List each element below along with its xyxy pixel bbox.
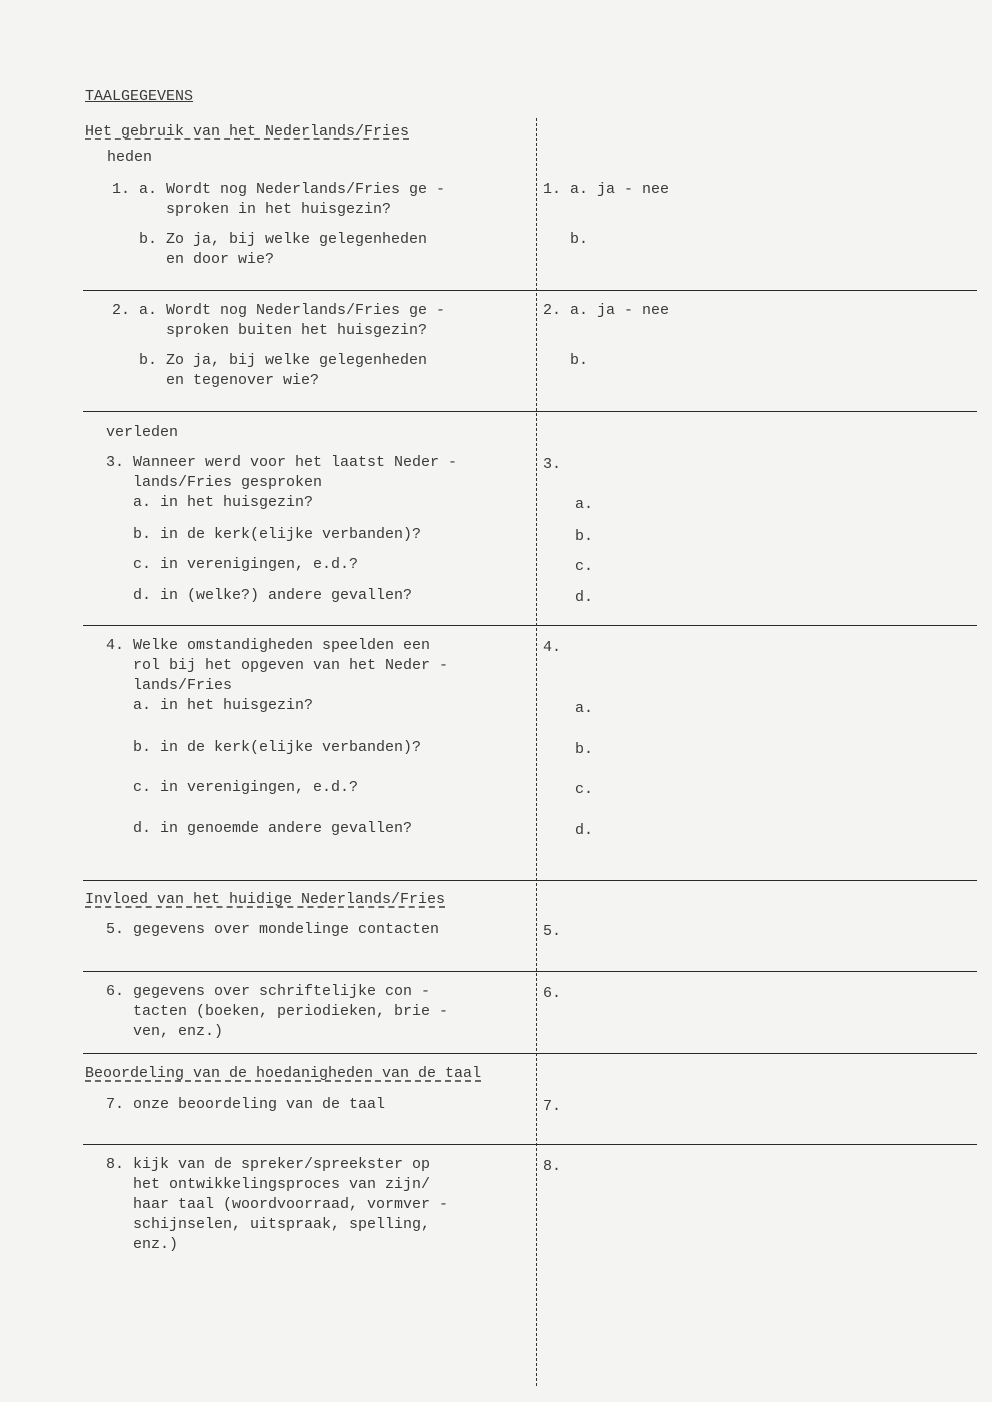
answer-4: 4. — [543, 638, 561, 658]
answer-1a[interactable]: 1. a. ja - nee — [543, 180, 669, 200]
question-4c: c. in verenigingen, e.d.? — [106, 778, 358, 798]
question-1a: 1. a. Wordt nog Nederlands/Fries ge - sp… — [112, 180, 445, 220]
answer-4b[interactable]: b. — [575, 740, 593, 760]
page-title: TAALGEGEVENS — [85, 87, 193, 107]
question-3c: c. in verenigingen, e.d.? — [106, 555, 358, 575]
answer-5[interactable]: 5. — [543, 922, 561, 942]
question-4b: b. in de kerk(elijke verbanden)? — [106, 738, 421, 758]
answer-3d[interactable]: d. — [575, 588, 593, 608]
question-6: 6. gegevens over schriftelijke con - tac… — [106, 982, 448, 1042]
answer-2b[interactable]: b. — [543, 351, 588, 371]
subheading-verleden: verleden — [106, 423, 178, 443]
question-2a: 2. a. Wordt nog Nederlands/Fries ge - sp… — [112, 301, 445, 341]
question-2b: b. Zo ja, bij welke gelegenheden en tege… — [112, 351, 427, 391]
row-divider — [83, 1144, 977, 1145]
row-divider — [83, 1053, 977, 1054]
question-4d: d. in genoemde andere gevallen? — [106, 819, 412, 839]
questionnaire-page: TAALGEGEVENS Het gebruik van het Nederla… — [0, 0, 992, 1402]
answer-8[interactable]: 8. — [543, 1157, 561, 1177]
column-divider — [536, 118, 537, 1386]
answer-1b[interactable]: b. — [543, 230, 588, 250]
answer-2a[interactable]: 2. a. ja - nee — [543, 301, 669, 321]
answer-3a[interactable]: a. — [575, 495, 593, 515]
answer-4c[interactable]: c. — [575, 780, 593, 800]
row-divider — [83, 411, 977, 412]
section-heading-invloed: Invloed van het huidige Nederlands/Fries — [85, 890, 445, 910]
answer-3b[interactable]: b. — [575, 527, 593, 547]
section-heading-beoordeling: Beoordeling van de hoedanigheden van de … — [85, 1064, 481, 1084]
question-7: 7. onze beoordeling van de taal — [106, 1095, 385, 1115]
question-5: 5. gegevens over mondelinge contacten — [106, 920, 439, 940]
row-divider — [83, 290, 977, 291]
question-4: 4. Welke omstandigheden speelden een rol… — [106, 636, 448, 716]
answer-3c[interactable]: c. — [575, 557, 593, 577]
question-8: 8. kijk van de spreker/spreekster op het… — [106, 1155, 448, 1255]
question-3d: d. in (welke?) andere gevallen? — [106, 586, 412, 606]
question-3b: b. in de kerk(elijke verbanden)? — [106, 525, 421, 545]
row-divider — [83, 880, 977, 881]
answer-6[interactable]: 6. — [543, 984, 561, 1004]
row-divider — [83, 625, 977, 626]
section-heading-gebruik: Het gebruik van het Nederlands/Fries — [85, 122, 409, 142]
question-3: 3. Wanneer werd voor het laatst Neder - … — [106, 453, 457, 513]
answer-4a[interactable]: a. — [575, 699, 593, 719]
subheading-heden: heden — [107, 148, 152, 168]
answer-7[interactable]: 7. — [543, 1097, 561, 1117]
row-divider — [83, 971, 977, 972]
answer-4d[interactable]: d. — [575, 821, 593, 841]
question-1b: b. Zo ja, bij welke gelegenheden en door… — [112, 230, 427, 270]
answer-3: 3. — [543, 455, 561, 475]
